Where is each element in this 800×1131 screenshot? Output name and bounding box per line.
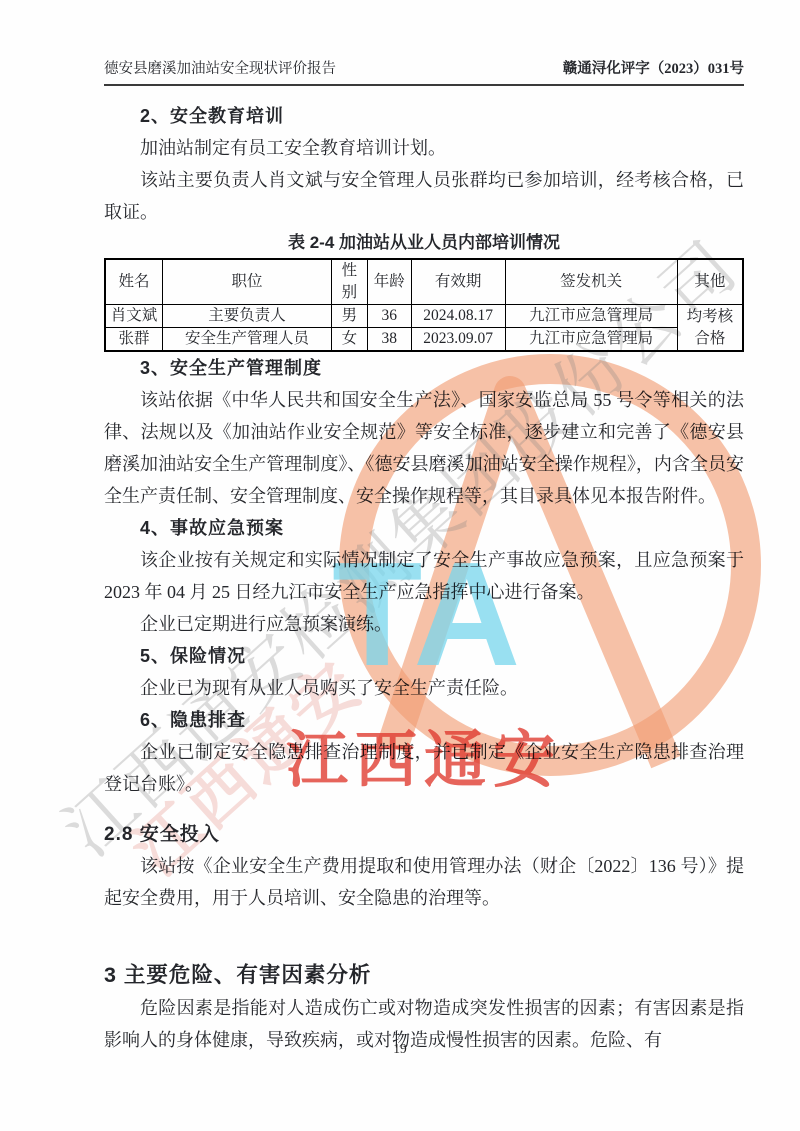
cell-name: 张群 — [105, 328, 162, 352]
para-management-system: 该站依据《中华人民共和国安全生产法》、国家安监总局 55 号令等相关的法律、法规… — [104, 384, 744, 512]
para-insurance: 企业已为现有从业人员购买了安全生产责任险。 — [104, 672, 744, 704]
cell-issuer: 九江市应急管理局 — [505, 328, 677, 352]
cell-age: 36 — [367, 305, 411, 328]
heading-insurance: 5、保险情况 — [104, 640, 744, 672]
cell-issuer: 九江市应急管理局 — [505, 305, 677, 328]
cell-validity: 2023.09.07 — [411, 328, 505, 352]
para-emergency-filing: 该企业按有关规定和实际情况制定了安全生产事故应急预案，且应急预案于 2023 年… — [104, 544, 744, 608]
para-emergency-drill: 企业已定期进行应急预案演练。 — [104, 608, 744, 640]
heading-emergency-plan: 4、事故应急预案 — [104, 512, 744, 544]
cell-other-merged: 均考核合格 — [677, 305, 743, 352]
heading-hazard-inspection: 6、隐患排查 — [104, 704, 744, 736]
header-document-number: 赣通浔化评字（2023）031号 — [563, 58, 744, 80]
cell-age: 38 — [367, 328, 411, 352]
heading-chapter-3: 3 主要危险、有害因素分析 — [104, 958, 744, 992]
table-2-4-title: 表 2-4 加油站从业人员内部培训情况 — [104, 230, 744, 256]
header-report-title: 德安县磨溪加油站安全现状评价报告 — [104, 58, 336, 80]
col-header-issuer: 签发机关 — [505, 259, 677, 305]
cell-position: 安全生产管理人员 — [162, 328, 331, 352]
para-training-persons: 该站主要负责人肖文斌与安全管理人员张群均已参加培训，经考核合格，已取证。 — [104, 164, 744, 228]
col-header-validity: 有效期 — [411, 259, 505, 305]
table-row: 张群 安全生产管理人员 女 38 2023.09.07 九江市应急管理局 — [105, 328, 743, 352]
table-row: 肖文斌 主要负责人 男 36 2024.08.17 九江市应急管理局 均考核合格 — [105, 305, 743, 328]
table-header-row: 姓名 职位 性别 年龄 有效期 签发机关 其他 — [105, 259, 743, 305]
col-header-gender: 性别 — [331, 259, 367, 305]
training-table: 姓名 职位 性别 年龄 有效期 签发机关 其他 肖文斌 主要负责人 男 36 2… — [104, 258, 744, 352]
heading-management-system: 3、安全生产管理制度 — [104, 352, 744, 384]
col-header-age: 年龄 — [367, 259, 411, 305]
cell-gender: 男 — [331, 305, 367, 328]
cell-name: 肖文斌 — [105, 305, 162, 328]
page-number: 19 — [0, 1041, 800, 1057]
col-header-name: 姓名 — [105, 259, 162, 305]
col-header-position: 职位 — [162, 259, 331, 305]
para-safety-investment: 该站按《企业安全生产费用提取和使用管理办法（财企〔2022〕136 号）》提起安… — [104, 850, 744, 914]
cell-validity: 2024.08.17 — [411, 305, 505, 328]
page-header: 德安县磨溪加油站安全现状评价报告 赣通浔化评字（2023）031号 — [104, 58, 744, 86]
document-page: 德安县磨溪加油站安全现状评价报告 赣通浔化评字（2023）031号 2、安全教育… — [0, 0, 800, 1131]
heading-safety-investment: 2.8 安全投入 — [104, 820, 744, 850]
cell-gender: 女 — [331, 328, 367, 352]
para-hazard-inspection: 企业已制定安全隐患排查治理制度，并已制定《企业安全生产隐患排查治理登记台账》。 — [104, 736, 744, 800]
page-content: 德安县磨溪加油站安全现状评价报告 赣通浔化评字（2023）031号 2、安全教育… — [0, 0, 800, 1056]
cell-position: 主要负责人 — [162, 305, 331, 328]
col-header-other: 其他 — [677, 259, 743, 305]
para-training-plan: 加油站制定有员工安全教育培训计划。 — [104, 132, 744, 164]
heading-safety-training: 2、安全教育培训 — [104, 100, 744, 132]
